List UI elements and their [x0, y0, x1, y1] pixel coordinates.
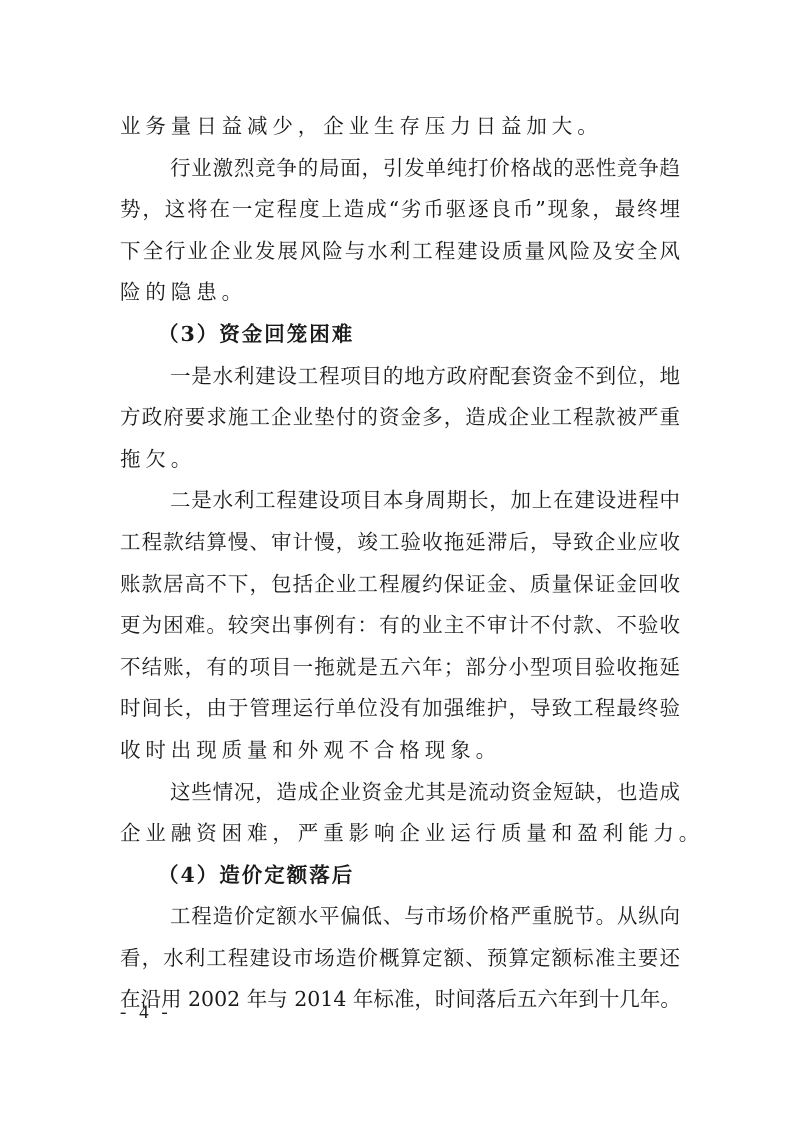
paragraph-line: 行业激烈竞争的局面，引发单纯打价格战的恶性竞争趋: [120, 148, 680, 190]
paragraph-line: 更为困难。较突出事例有：有的业主不审计不付款、不验收: [120, 605, 680, 647]
paragraph-line: 不结账，有的项目一拖就是五六年；部分小型项目验收拖延: [120, 647, 680, 689]
paragraph-line: 业务量日益减少，企业生存压力日益加大。: [120, 106, 680, 148]
paragraph-line: 时间长，由于管理运行单位没有加强维护，导致工程最终验: [120, 688, 680, 730]
paragraph-line: 账款居高不下，包括企业工程履约保证金、质量保证金回收: [120, 564, 680, 606]
section-heading-3: （3）资金回笼困难: [120, 314, 680, 356]
paragraph-line: 二是水利工程建设项目本身周期长，加上在建设进程中: [120, 480, 680, 522]
paragraph-line: 在沿用 2002 年与 2014 年标准，时间落后五六年到十几年。: [120, 979, 680, 1021]
paragraph-line: 看，水利工程建设市场造价概算定额、预算定额标准主要还: [120, 938, 680, 980]
section-heading-4: （4）造价定额落后: [120, 855, 680, 897]
paragraph-line: 企业融资困难，严重影响企业运行质量和盈利能力。: [120, 813, 680, 855]
paragraph-line: 这些情况，造成企业资金尤其是流动资金短缺，也造成: [120, 772, 680, 814]
paragraph-line: 一是水利建设工程项目的地方政府配套资金不到位，地: [120, 356, 680, 398]
paragraph-line: 势，这将在一定程度上造成“劣币驱逐良币”现象，最终埋: [120, 189, 680, 231]
paragraph-line: 险的隐患。: [120, 272, 680, 314]
paragraph-line: 方政府要求施工企业垫付的资金多，造成企业工程款被严重: [120, 397, 680, 439]
paragraph-line: 拖欠。: [120, 439, 680, 481]
paragraph-line: 下全行业企业发展风险与水利工程建设质量风险及安全风: [120, 231, 680, 273]
page-number: - 4 -: [120, 1002, 172, 1024]
paragraph-line: 工程款结算慢、审计慢，竣工验收拖延滞后，导致企业应收: [120, 522, 680, 564]
paragraph-line: 收时出现质量和外观不合格现象。: [120, 730, 680, 772]
paragraph-line: 工程造价定额水平偏低、与市场价格严重脱节。从纵向: [120, 896, 680, 938]
document-body: 业务量日益减少，企业生存压力日益加大。 行业激烈竞争的局面，引发单纯打价格战的恶…: [120, 106, 680, 1021]
